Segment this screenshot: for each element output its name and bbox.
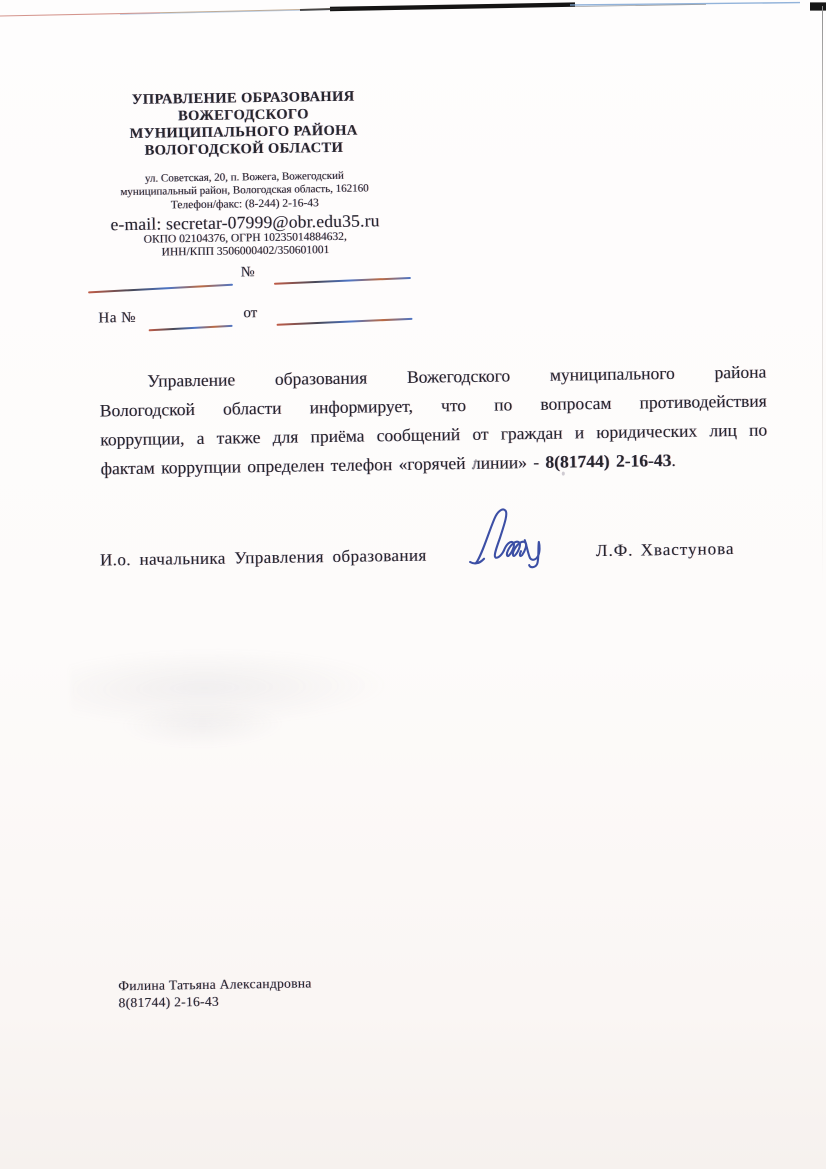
letterhead: УПРАВЛЕНИЕ ОБРАЗОВАНИЯ ВОЖЕГОДСКОГО МУНИ… (57, 88, 431, 262)
hotline-phone-number: 8(81744) 2-16-43 (545, 450, 671, 472)
doc-number-blank-line (274, 277, 411, 285)
doc-number-label: № (241, 264, 255, 281)
ref-date-label: от (243, 305, 257, 322)
paragraph-text: фактам коррупции определен телефон «горя… (101, 452, 546, 479)
scanned-page: УПРАВЛЕНИЕ ОБРАЗОВАНИЯ ВОЖЕГОДСКОГО МУНИ… (0, 0, 826, 1169)
organization-name: УПРАВЛЕНИЕ ОБРАЗОВАНИЯ ВОЖЕГОДСКОГО МУНИ… (57, 88, 430, 162)
signer-position-title: И.о. начальника Управления образования (100, 546, 427, 571)
body-paragraph: Управление образования Вожегодского муни… (99, 358, 768, 484)
document-content: УПРАВЛЕНИЕ ОБРАЗОВАНИЯ ВОЖЕГОДСКОГО МУНИ… (0, 0, 826, 1169)
ref-number-label: На № (98, 310, 136, 328)
ref-date-blank-line (277, 318, 413, 326)
ref-number-blank-line (149, 325, 233, 331)
executor-phone: 8(81744) 2-16-43 (118, 991, 312, 1011)
handwritten-signature (467, 504, 564, 571)
paragraph-text: . (671, 450, 676, 470)
scan-speck (562, 472, 565, 476)
bleed-through-smudge (122, 702, 283, 748)
executor-block: Филина Татьяна Александровна 8(81744) 2-… (118, 974, 312, 1011)
doc-date-blank-line (88, 284, 233, 294)
signer-name: Л.Ф. Хвастунова (596, 539, 735, 561)
executor-name: Филина Татьяна Александровна (118, 974, 312, 994)
bleed-through-smudge (69, 646, 390, 729)
